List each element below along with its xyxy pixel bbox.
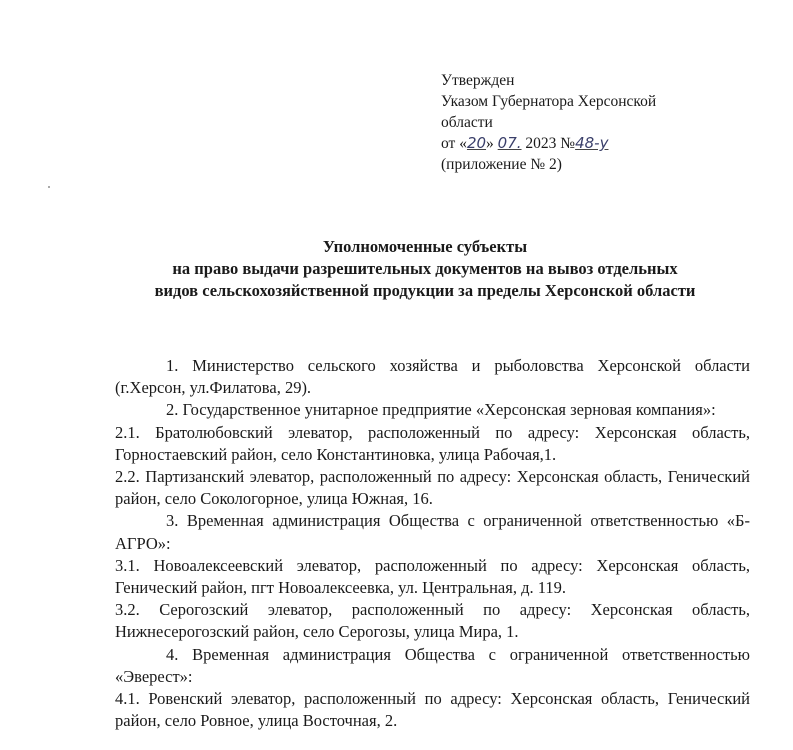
list-item-3: 3. Временная администрация Общества с ог…	[115, 510, 750, 554]
date-mid: »	[486, 135, 498, 152]
list-item-2-2: 2.2. Партизанский элеватор, расположенны…	[115, 466, 750, 510]
document-body: 1. Министерство сельского хозяйства и ры…	[115, 355, 750, 732]
date-year: 2023 №	[522, 135, 576, 152]
handwritten-month: 07.	[498, 134, 522, 152]
document-title: Уполномоченные субъекты на право выдачи …	[80, 236, 770, 302]
list-item-4-1: 4.1. Ровенский элеватор, расположенный п…	[115, 688, 750, 732]
approval-line-2: Указом Губернатора Херсонской	[441, 91, 656, 112]
approval-line-3: области	[441, 112, 656, 133]
title-line-1: Уполномоченные субъекты	[80, 236, 770, 258]
approval-line-1: Утвержден	[441, 70, 656, 91]
list-item-2-1: 2.1. Братолюбовский элеватор, расположен…	[115, 422, 750, 466]
list-item-4: 4. Временная администрация Общества с ог…	[115, 644, 750, 688]
scan-speck	[48, 186, 50, 188]
list-item-1: 1. Министерство сельского хозяйства и ры…	[115, 355, 750, 399]
list-item-3-1: 3.1. Новоалексеевский элеватор, располож…	[115, 555, 750, 599]
date-prefix: от «	[441, 135, 467, 152]
approval-stamp: Утвержден Указом Губернатора Херсонской …	[441, 70, 656, 175]
list-item-2: 2. Государственное унитарное предприятие…	[115, 399, 750, 421]
handwritten-day: 20	[467, 134, 486, 152]
title-line-2: на право выдачи разрешительных документо…	[80, 258, 770, 280]
list-item-3-2: 3.2. Серогозский элеватор, расположенный…	[115, 599, 750, 643]
approval-appendix: (приложение № 2)	[441, 154, 656, 175]
title-line-3: видов сельскохозяйственной продукции за …	[80, 280, 770, 302]
handwritten-decree-number: 48-у	[575, 134, 608, 152]
approval-date-line: от «20» 07. 2023 №48-у	[441, 133, 656, 154]
